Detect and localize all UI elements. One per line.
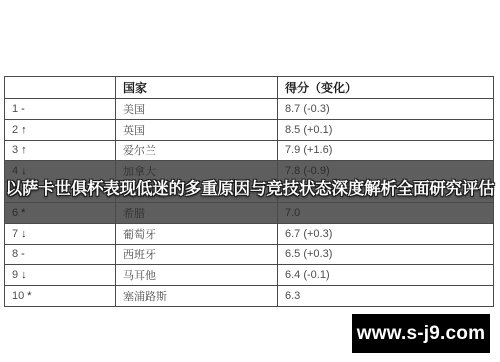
score-cell: 6.3 <box>278 286 494 307</box>
country-cell: 西班牙 <box>116 244 278 265</box>
table-row: 7↓葡萄牙6.7 (+0.3) <box>5 223 494 244</box>
score-cell: 7.0 <box>278 202 494 223</box>
col-header-rank <box>5 77 116 99</box>
rank-number: 6 <box>12 207 18 219</box>
rank-number: 10 <box>12 290 24 302</box>
country-cell: 爱尔兰 <box>116 140 278 161</box>
rank-cell: 10* <box>5 286 116 307</box>
rank-cell: 9↓ <box>5 265 116 286</box>
trend-indicator: ↑ <box>21 144 27 156</box>
table-row: 3↑爱尔兰7.9 (+1.6) <box>5 140 494 161</box>
score-cell: 6.5 (+0.3) <box>278 244 494 265</box>
country-cell: 塞浦路斯 <box>116 286 278 307</box>
score-cell: 8.7 (-0.3) <box>278 99 494 120</box>
score-cell: 7.9 (+1.6) <box>278 140 494 161</box>
country-cell: 美国 <box>116 99 278 120</box>
table-row: 6*希腊7.0 <box>5 202 494 223</box>
score-cell: 8.5 (+0.1) <box>278 119 494 140</box>
rank-cell: 8- <box>5 244 116 265</box>
trend-indicator: ↑ <box>21 124 27 136</box>
watermark-text: www.s-j9.com <box>357 323 485 345</box>
country-cell: 葡萄牙 <box>116 223 278 244</box>
rank-cell: 1- <box>5 99 116 120</box>
rank-number: 8 <box>12 248 18 260</box>
country-cell: 希腊 <box>116 202 278 223</box>
page: 国家 得分（变化） 1-美国8.7 (-0.3)2↑英国8.5 (+0.1)3↑… <box>0 0 500 362</box>
trend-indicator: * <box>21 207 25 219</box>
rank-number: 1 <box>12 103 18 115</box>
headline-overlay: 以萨卡世俱杯表现低迷的多重原因与竞技状态深度解析全面研究评估 <box>0 176 500 203</box>
rank-cell: 7↓ <box>5 223 116 244</box>
rank-number: 7 <box>12 228 18 240</box>
col-header-score: 得分（变化） <box>278 77 494 99</box>
country-cell: 英国 <box>116 119 278 140</box>
rank-cell: 2↑ <box>5 119 116 140</box>
table-row: 10*塞浦路斯6.3 <box>5 286 494 307</box>
rank-cell: 3↑ <box>5 140 116 161</box>
rank-number: 3 <box>12 144 18 156</box>
watermark-box: www.s-j9.com <box>352 314 490 353</box>
trend-indicator: ↓ <box>21 228 27 240</box>
table-row: 2↑英国8.5 (+0.1) <box>5 119 494 140</box>
table-row: 1-美国8.7 (-0.3) <box>5 99 494 120</box>
table-row: 8-西班牙6.5 (+0.3) <box>5 244 494 265</box>
rank-number: 9 <box>12 269 18 281</box>
score-cell: 6.4 (-0.1) <box>278 265 494 286</box>
trend-indicator: - <box>21 248 25 260</box>
rank-cell: 6* <box>5 202 116 223</box>
table-header-row: 国家 得分（变化） <box>5 77 494 99</box>
col-header-country: 国家 <box>116 77 278 99</box>
score-cell: 6.7 (+0.3) <box>278 223 494 244</box>
trend-indicator: * <box>27 290 31 302</box>
trend-indicator: ↓ <box>21 269 27 281</box>
table-row: 9↓马耳他6.4 (-0.1) <box>5 265 494 286</box>
country-cell: 马耳他 <box>116 265 278 286</box>
trend-indicator: - <box>21 103 25 115</box>
rank-number: 2 <box>12 124 18 136</box>
